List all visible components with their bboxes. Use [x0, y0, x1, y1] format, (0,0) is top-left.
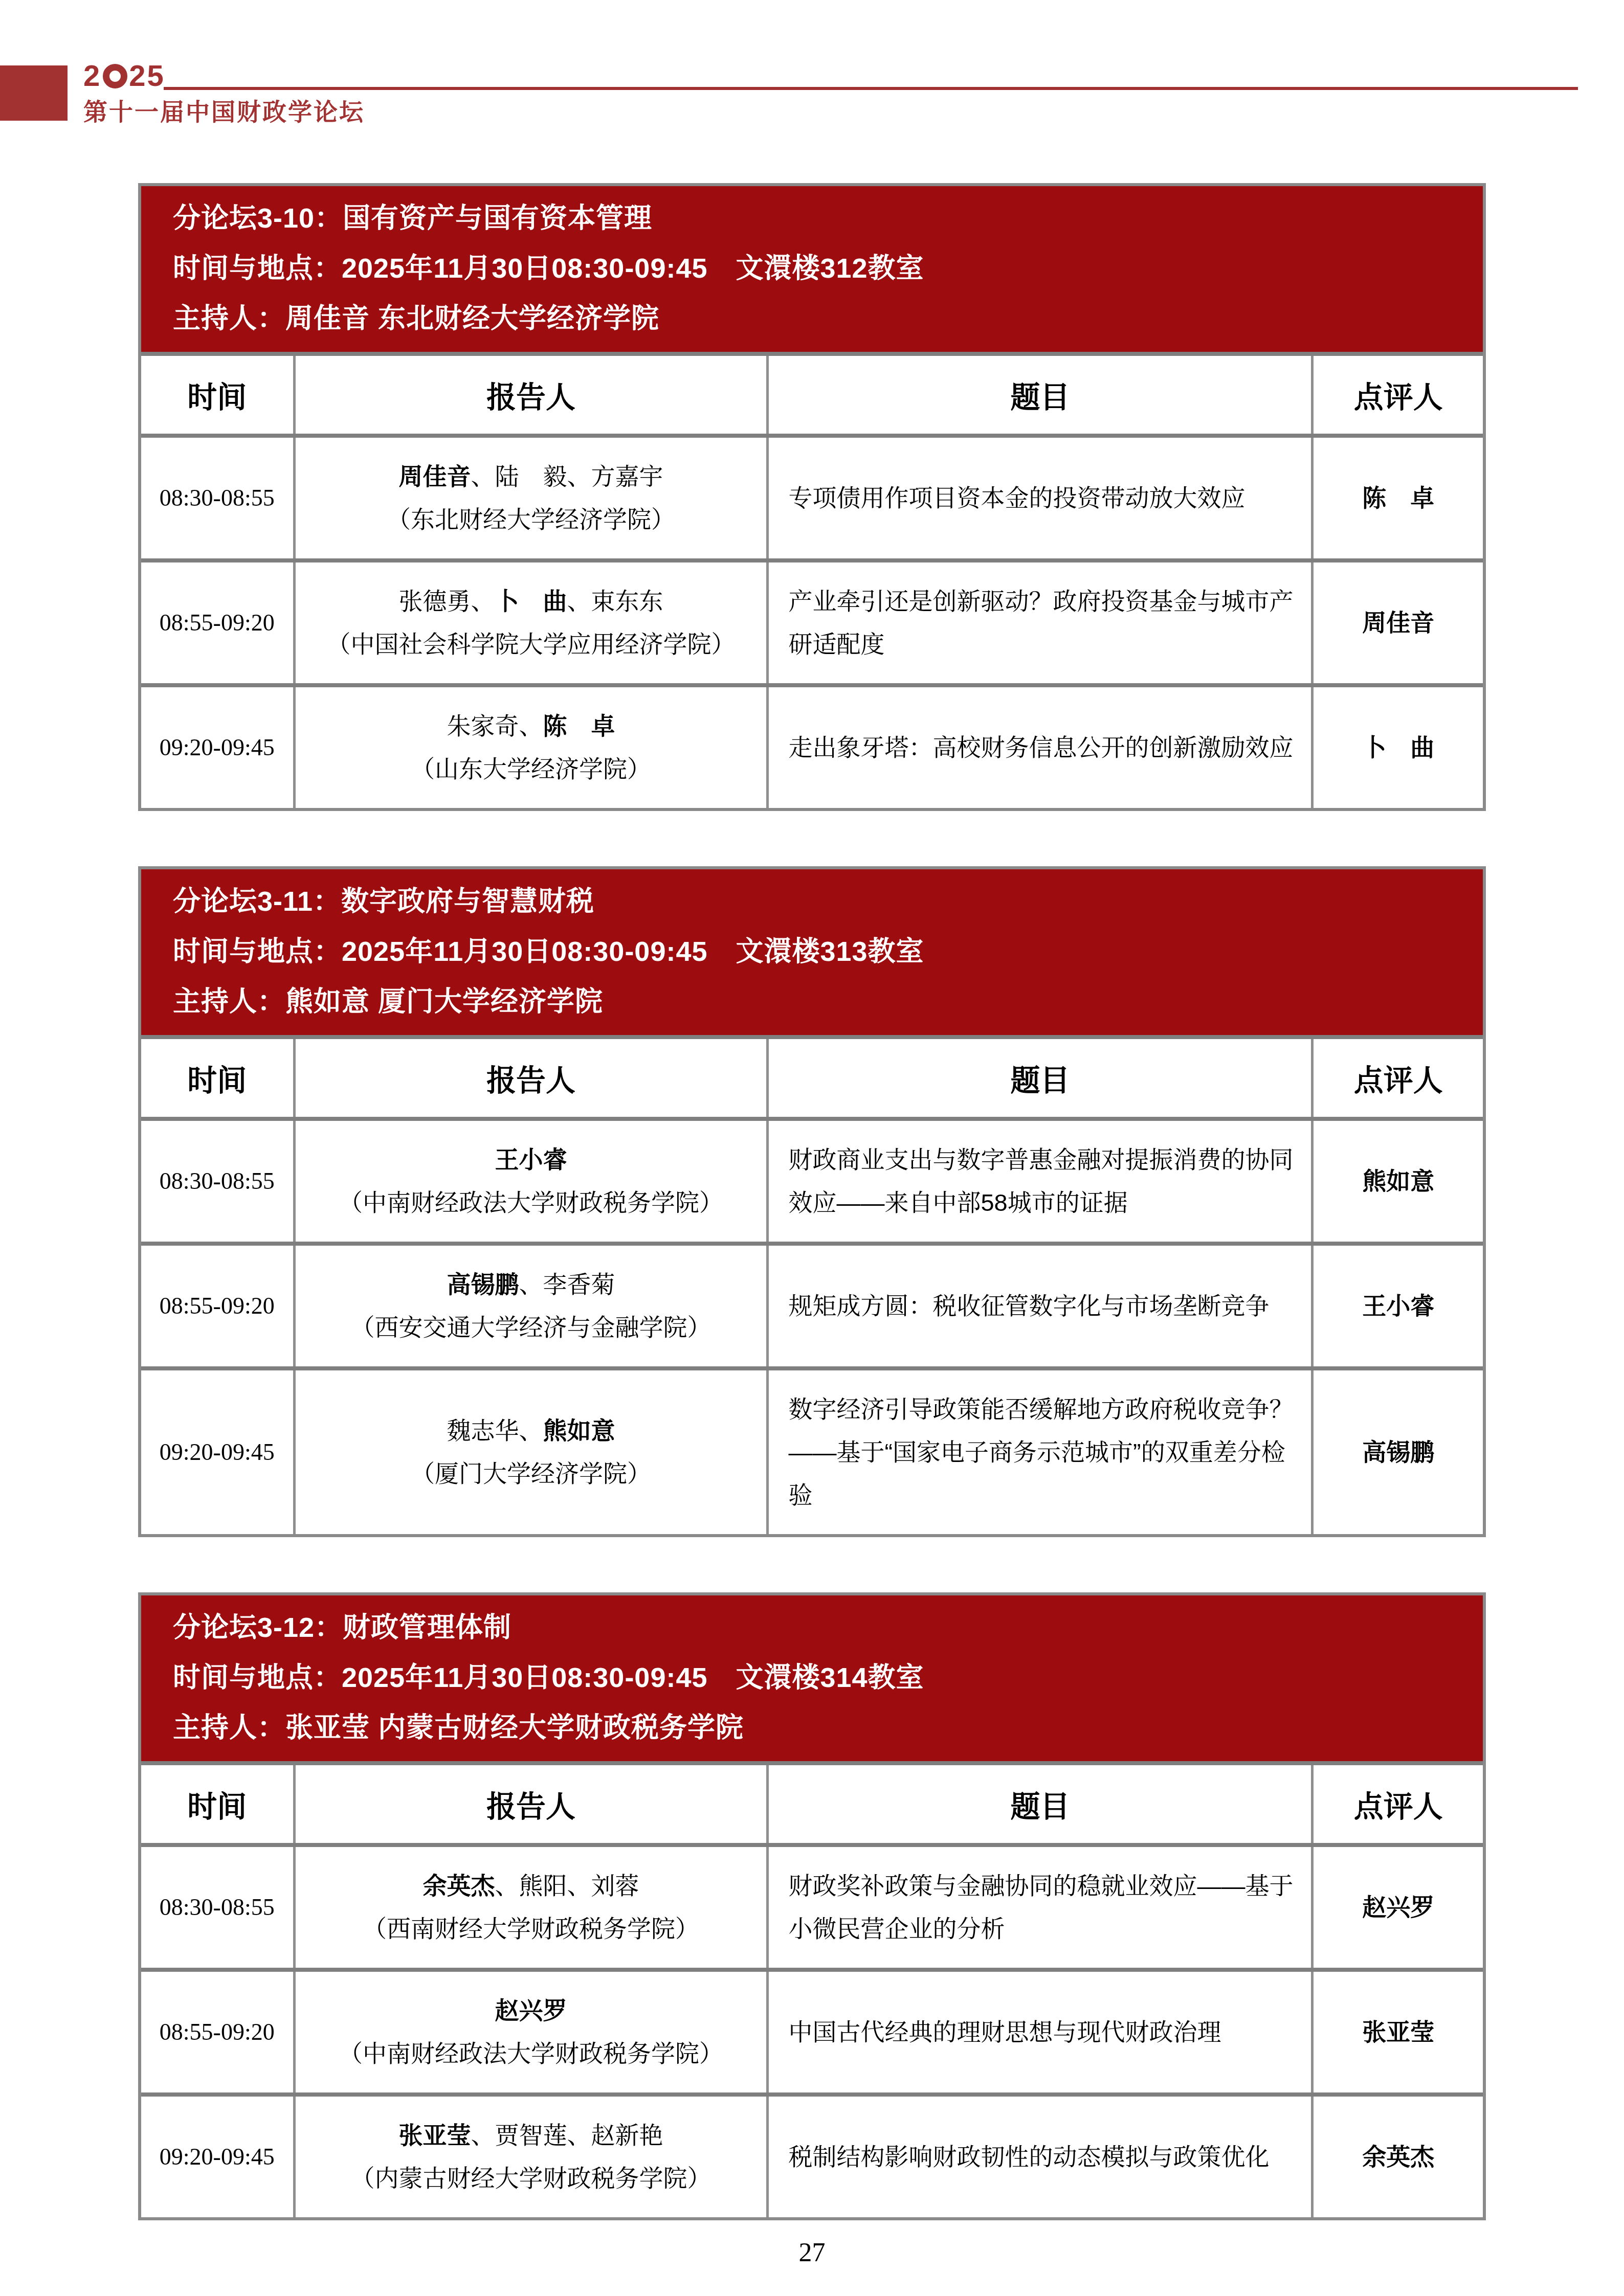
- presenter-names: 余英杰、熊阳、刘蓉: [307, 1864, 755, 1907]
- presenter-cell: 高锡鹏、李香菊 （西安交通大学经济与金融学院）: [294, 1244, 768, 1368]
- col-header-presenter: 报告人: [294, 1039, 768, 1119]
- paper-title: 财政商业支出与数字普惠金融对提振消费的协同效应——来自中部58城市的证据: [768, 1119, 1312, 1244]
- discussant-name: 高锡鹏: [1312, 1368, 1483, 1534]
- col-header-time: 时间: [141, 356, 294, 436]
- discussant-name: 卜 曲: [1312, 685, 1483, 808]
- brand-year-prefix: 2: [83, 60, 101, 92]
- table-row: 08:30-08:55 余英杰、熊阳、刘蓉 （西南财经大学财政税务学院） 财政奖…: [141, 1845, 1483, 1970]
- presenter-names: 王小睿: [307, 1138, 755, 1181]
- session-title: 分论坛3-11：数字政府与智慧财税: [173, 876, 1462, 927]
- presenter-affiliation: （中南财经政法大学财政税务学院）: [307, 1181, 755, 1224]
- presenter-cell: 张亚莹、贾智莲、赵新艳 （内蒙古财经大学财政税务学院）: [294, 2095, 768, 2217]
- col-header-presenter: 报告人: [294, 1765, 768, 1845]
- slot-time: 08:55-09:20: [141, 560, 294, 685]
- session-time-place: 时间与地点：2025年11月30日08:30-09:45 文澴楼313教室: [173, 927, 1462, 977]
- table-header-row: 时间 报告人 题目 点评人: [141, 1039, 1483, 1119]
- table-row: 08:30-08:55 王小睿 （中南财经政法大学财政税务学院） 财政商业支出与…: [141, 1119, 1483, 1244]
- session-host: 主持人：熊如意 厦门大学经济学院: [173, 977, 1462, 1027]
- session-table: 时间 报告人 题目 点评人 08:30-08:55 余英杰、熊阳、刘蓉 （西南财…: [141, 1765, 1483, 2217]
- session-header-band: 分论坛3-12：财政管理体制 时间与地点：2025年11月30日08:30-09…: [141, 1595, 1483, 1765]
- paper-title: 规矩成方圆：税收征管数字化与市场垄断竞争: [768, 1244, 1312, 1368]
- brand-title: 第十一届中国财政学论坛: [83, 99, 365, 125]
- session-3-12: 分论坛3-12：财政管理体制 时间与地点：2025年11月30日08:30-09…: [138, 1592, 1486, 2220]
- discussant-name: 周佳音: [1312, 560, 1483, 685]
- session-header-band: 分论坛3-10：国有资产与国有资本管理 时间与地点：2025年11月30日08:…: [141, 186, 1483, 356]
- slot-time: 09:20-09:45: [141, 685, 294, 808]
- discussant-name: 王小睿: [1312, 1244, 1483, 1368]
- slot-time: 09:20-09:45: [141, 2095, 294, 2217]
- col-header-title: 题目: [768, 1765, 1312, 1845]
- presenter-cell: 魏志华、熊如意 （厦门大学经济学院）: [294, 1368, 768, 1534]
- session-table: 时间 报告人 题目 点评人 08:30-08:55 王小睿 （中南财经政法大学财…: [141, 1039, 1483, 1534]
- session-time-place: 时间与地点：2025年11月30日08:30-09:45 文澴楼314教室: [173, 1653, 1462, 1703]
- presenter-affiliation: （东北财经大学经济学院）: [307, 498, 755, 541]
- table-row: 08:30-08:55 周佳音、陆 毅、方嘉宇 （东北财经大学经济学院） 专项债…: [141, 436, 1483, 560]
- seal-zero-ornament: [103, 64, 127, 88]
- paper-title: 中国古代经典的理财思想与现代财政治理: [768, 1970, 1312, 2095]
- brand-rule-line: [164, 87, 1578, 90]
- col-header-presenter: 报告人: [294, 356, 768, 436]
- table-row: 08:55-09:20 赵兴罗 （中南财经政法大学财政税务学院） 中国古代经典的…: [141, 1970, 1483, 2095]
- brand-red-block: [0, 65, 68, 121]
- presenter-cell: 余英杰、熊阳、刘蓉 （西南财经大学财政税务学院）: [294, 1845, 768, 1970]
- page-number: 27: [138, 2238, 1486, 2268]
- table-row: 09:20-09:45 张亚莹、贾智莲、赵新艳 （内蒙古财经大学财政税务学院） …: [141, 2095, 1483, 2217]
- presenter-names: 朱家奇、陈 卓: [307, 705, 755, 748]
- col-header-discussant: 点评人: [1312, 1765, 1483, 1845]
- table-header-row: 时间 报告人 题目 点评人: [141, 1765, 1483, 1845]
- discussant-name: 赵兴罗: [1312, 1845, 1483, 1970]
- program-content: 分论坛3-10：国有资产与国有资本管理 时间与地点：2025年11月30日08:…: [138, 183, 1486, 2268]
- presenter-cell: 赵兴罗 （中南财经政法大学财政税务学院）: [294, 1970, 768, 2095]
- table-row: 08:55-09:20 张德勇、卜 曲、束东东 （中国社会科学院大学应用经济学院…: [141, 560, 1483, 685]
- col-header-title: 题目: [768, 356, 1312, 436]
- col-header-discussant: 点评人: [1312, 1039, 1483, 1119]
- presenter-affiliation: （山东大学经济学院）: [307, 748, 755, 791]
- session-title: 分论坛3-12：财政管理体制: [173, 1603, 1462, 1653]
- brand-text: 225 第十一届中国财政学论坛: [83, 60, 365, 125]
- session-header-band: 分论坛3-11：数字政府与智慧财税 时间与地点：2025年11月30日08:30…: [141, 869, 1483, 1039]
- presenter-names: 张德勇、卜 曲、束东东: [307, 580, 755, 623]
- presenter-affiliation: （内蒙古财经大学财政税务学院）: [307, 2157, 755, 2200]
- discussant-name: 熊如意: [1312, 1119, 1483, 1244]
- slot-time: 08:30-08:55: [141, 1845, 294, 1970]
- slot-time: 08:55-09:20: [141, 1244, 294, 1368]
- col-header-title: 题目: [768, 1039, 1312, 1119]
- table-row: 08:55-09:20 高锡鹏、李香菊 （西安交通大学经济与金融学院） 规矩成方…: [141, 1244, 1483, 1368]
- slot-time: 08:30-08:55: [141, 436, 294, 560]
- presenter-cell: 朱家奇、陈 卓 （山东大学经济学院）: [294, 685, 768, 808]
- paper-title: 财政奖补政策与金融协同的稳就业效应——基于小微民营企业的分析: [768, 1845, 1312, 1970]
- discussant-name: 张亚莹: [1312, 1970, 1483, 2095]
- presenter-affiliation: （西南财经大学财政税务学院）: [307, 1907, 755, 1950]
- slot-time: 08:55-09:20: [141, 1970, 294, 2095]
- col-header-time: 时间: [141, 1039, 294, 1119]
- slot-time: 09:20-09:45: [141, 1368, 294, 1534]
- session-title: 分论坛3-10：国有资产与国有资本管理: [173, 193, 1462, 243]
- table-row: 09:20-09:45 朱家奇、陈 卓 （山东大学经济学院） 走出象牙塔：高校财…: [141, 685, 1483, 808]
- presenter-affiliation: （中南财经政法大学财政税务学院）: [307, 2032, 755, 2075]
- paper-title: 产业牵引还是创新驱动？政府投资基金与城市产研适配度: [768, 560, 1312, 685]
- presenter-names: 张亚莹、贾智莲、赵新艳: [307, 2114, 755, 2157]
- paper-title: 专项债用作项目资本金的投资带动放大效应: [768, 436, 1312, 560]
- presenter-names: 魏志华、熊如意: [307, 1409, 755, 1452]
- table-row: 09:20-09:45 魏志华、熊如意 （厦门大学经济学院） 数字经济引导政策能…: [141, 1368, 1483, 1534]
- session-time-place: 时间与地点：2025年11月30日08:30-09:45 文澴楼312教室: [173, 243, 1462, 294]
- session-3-11: 分论坛3-11：数字政府与智慧财税 时间与地点：2025年11月30日08:30…: [138, 866, 1486, 1537]
- col-header-time: 时间: [141, 1765, 294, 1845]
- presenter-affiliation: （中国社会科学院大学应用经济学院）: [307, 623, 755, 666]
- paper-title: 数字经济引导政策能否缓解地方政府税收竞争？——基于“国家电子商务示范城市”的双重…: [768, 1368, 1312, 1534]
- presenter-names: 赵兴罗: [307, 1989, 755, 2032]
- session-host: 主持人：张亚莹 内蒙古财经大学财政税务学院: [173, 1703, 1462, 1753]
- col-header-discussant: 点评人: [1312, 356, 1483, 436]
- session-host: 主持人：周佳音 东北财经大学经济学院: [173, 294, 1462, 344]
- presenter-affiliation: （厦门大学经济学院）: [307, 1452, 755, 1495]
- presenter-cell: 王小睿 （中南财经政法大学财政税务学院）: [294, 1119, 768, 1244]
- slot-time: 08:30-08:55: [141, 1119, 294, 1244]
- discussant-name: 余英杰: [1312, 2095, 1483, 2217]
- brand-header: 225 第十一届中国财政学论坛: [0, 0, 1624, 128]
- presenter-names: 高锡鹏、李香菊: [307, 1263, 755, 1306]
- discussant-name: 陈 卓: [1312, 436, 1483, 560]
- presenter-names: 周佳音、陆 毅、方嘉宇: [307, 455, 755, 498]
- paper-title: 税制结构影响财政韧性的动态模拟与政策优化: [768, 2095, 1312, 2217]
- session-3-10: 分论坛3-10：国有资产与国有资本管理 时间与地点：2025年11月30日08:…: [138, 183, 1486, 811]
- session-table: 时间 报告人 题目 点评人 08:30-08:55 周佳音、陆 毅、方嘉宇 （东…: [141, 356, 1483, 808]
- presenter-cell: 周佳音、陆 毅、方嘉宇 （东北财经大学经济学院）: [294, 436, 768, 560]
- brand-year-suffix: 25: [129, 60, 165, 92]
- table-header-row: 时间 报告人 题目 点评人: [141, 356, 1483, 436]
- presenter-affiliation: （西安交通大学经济与金融学院）: [307, 1306, 755, 1349]
- presenter-cell: 张德勇、卜 曲、束东东 （中国社会科学院大学应用经济学院）: [294, 560, 768, 685]
- paper-title: 走出象牙塔：高校财务信息公开的创新激励效应: [768, 685, 1312, 808]
